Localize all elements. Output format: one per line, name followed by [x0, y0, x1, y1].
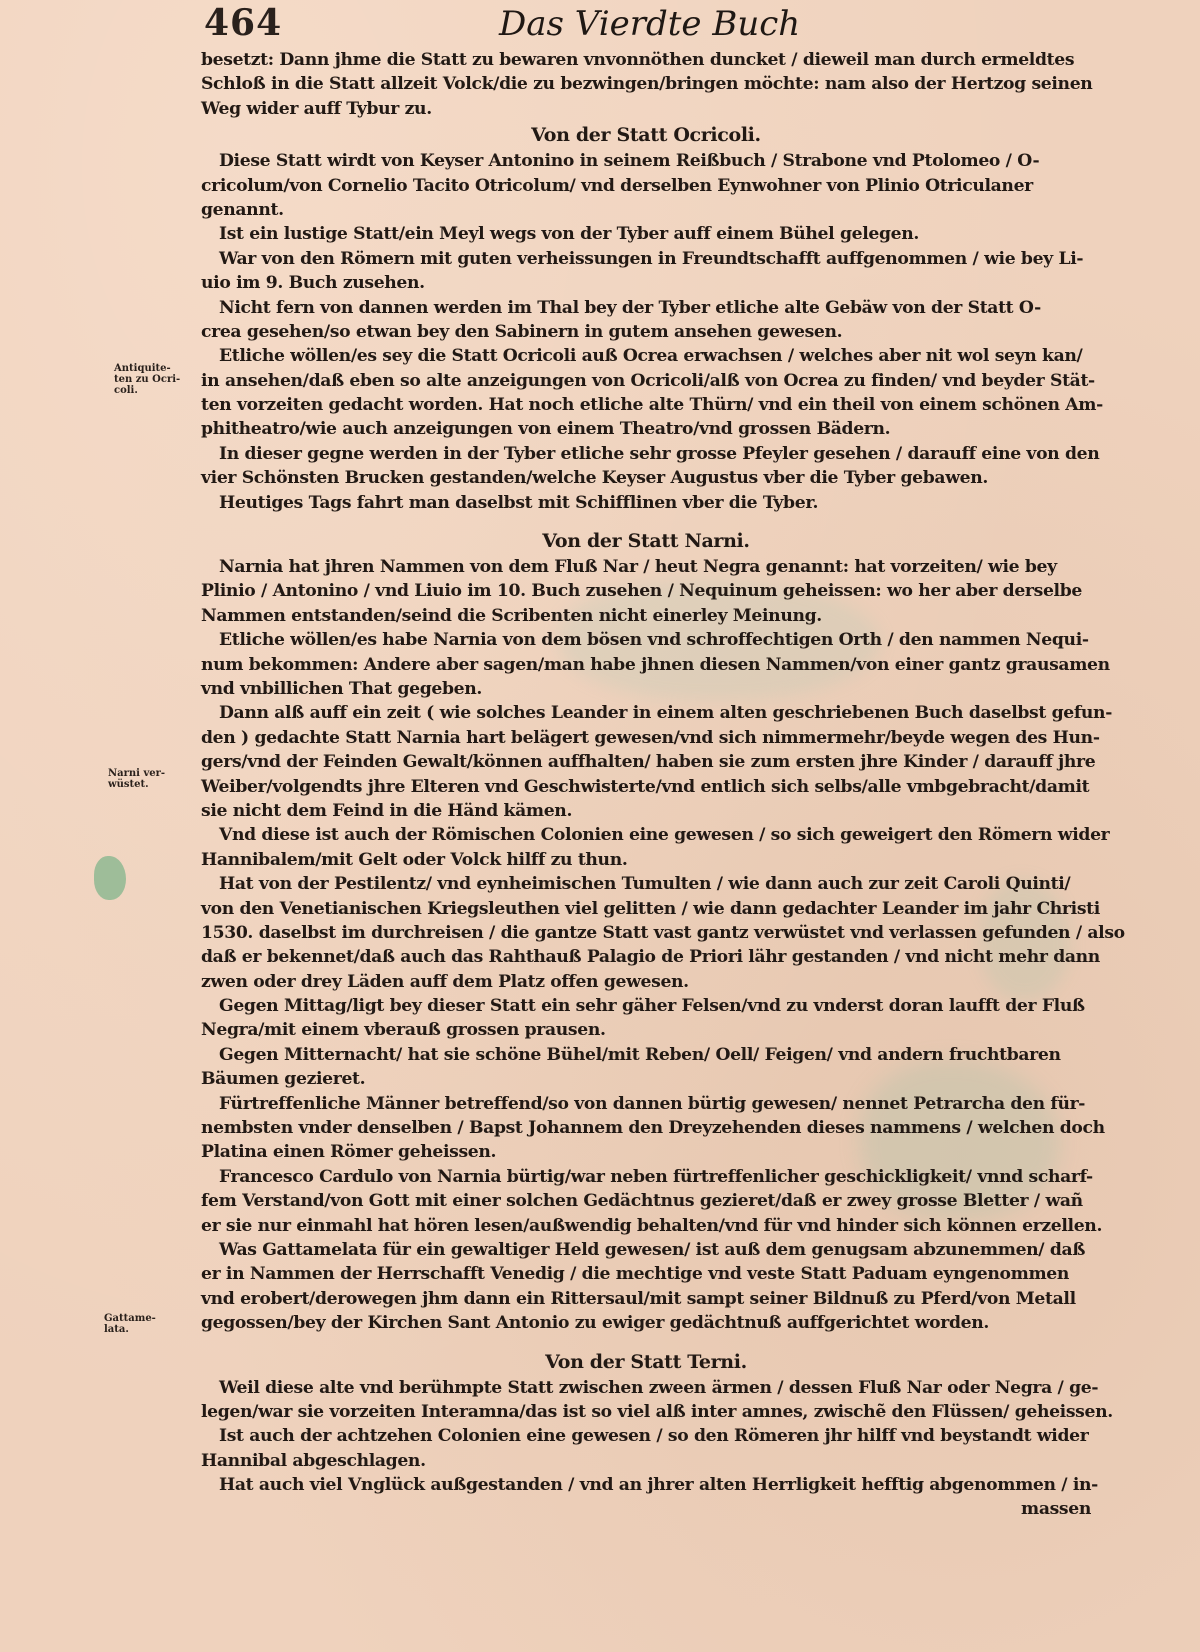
section-heading-terni: Von der Statt Terni. — [201, 1348, 1091, 1376]
text-line: sie nicht dem Feind in die Händ kämen. — [201, 799, 1091, 823]
text-line: Fürtreffenliche Männer betreffend/so von… — [201, 1092, 1091, 1116]
text-line: Hannibalem/mit Gelt oder Volck hilff zu … — [201, 848, 1091, 872]
text-line: Bäumen gezieret. — [201, 1067, 1091, 1091]
text-line: Diese Statt wirdt von Keyser Antonino in… — [201, 149, 1091, 173]
text-line: zwen oder drey Läden auff dem Platz offe… — [201, 970, 1091, 994]
text-line: num bekommen: Andere aber sagen/man habe… — [201, 653, 1091, 677]
margin-note-narni: Narni ver- wüstet. — [108, 768, 180, 790]
running-title: Das Vierdte Buch — [499, 4, 800, 44]
text-line: Hat auch viel Vnglück außgestanden / vnd… — [201, 1473, 1091, 1497]
text-line: Ist auch der achtzehen Colonien eine gew… — [201, 1424, 1091, 1448]
body-text: besetzt: Dann jhme die Statt zu bewaren … — [201, 48, 1091, 1522]
green-ink-stain — [94, 856, 126, 900]
text-line: In dieser gegne werden in der Tyber etli… — [201, 442, 1091, 466]
margin-note-line: Gattame- — [104, 1313, 176, 1324]
text-line: Weg wider auff Tybur zu. — [201, 97, 1091, 121]
text-line: Ist ein lustige Statt/ein Meyl wegs von … — [201, 222, 1091, 246]
text-line: daß er bekennet/daß auch das Rahthauß Pa… — [201, 945, 1091, 969]
margin-note-gattamelata: Gattame- lata. — [104, 1313, 176, 1335]
text-line: er in Nammen der Herrschafft Venedig / d… — [201, 1262, 1091, 1286]
text-line: nembsten vnder denselben / Bapst Johanne… — [201, 1116, 1091, 1140]
text-line: vnd erobert/derowegen jhm dann ein Ritte… — [201, 1287, 1091, 1311]
text-line: Etliche wöllen/es habe Narnia von dem bö… — [201, 628, 1091, 652]
text-line: cricolum/von Cornelio Tacito Otricolum/ … — [201, 174, 1091, 198]
text-line: besetzt: Dann jhme die Statt zu bewaren … — [201, 48, 1091, 72]
margin-note-line: Narni ver- — [108, 768, 180, 779]
text-line: in ansehen/daß eben so alte anzeigungen … — [201, 369, 1091, 393]
text-line: Plinio / Antonino / vnd Liuio im 10. Buc… — [201, 579, 1091, 603]
text-line: Negra/mit einem vberauß grossen prausen. — [201, 1018, 1091, 1042]
text-line: gers/vnd der Feinden Gewalt/können auffh… — [201, 750, 1091, 774]
text-line: Was Gattamelata für ein gewaltiger Held … — [201, 1238, 1091, 1262]
text-line: fem Verstand/von Gott mit einer solchen … — [201, 1189, 1091, 1213]
text-line: Hannibal abgeschlagen. — [201, 1449, 1091, 1473]
margin-note-line: ten zu Ocri- — [114, 374, 186, 385]
text-line: Gegen Mittag/ligt bey dieser Statt ein s… — [201, 994, 1091, 1018]
book-page: 464 Das Vierdte Buch Antiquite- ten zu O… — [0, 0, 1200, 1652]
text-line: legen/war sie vorzeiten Interamna/das is… — [201, 1400, 1091, 1424]
text-line: vnd vnbillichen That gegeben. — [201, 677, 1091, 701]
text-line: Hat von der Pestilentz/ vnd eynheimische… — [201, 872, 1091, 896]
text-line: Narnia hat jhren Nammen von dem Fluß Nar… — [201, 555, 1091, 579]
text-line: Vnd diese ist auch der Römischen Colonie… — [201, 823, 1091, 847]
text-line: vier Schönsten Brucken gestanden/welche … — [201, 466, 1091, 490]
text-line: Platina einen Römer geheissen. — [201, 1140, 1091, 1164]
text-line: 1530. daselbst im durchreisen / die gant… — [201, 921, 1091, 945]
text-line: Weil diese alte vnd berühmpte Statt zwis… — [201, 1376, 1091, 1400]
text-line: uio im 9. Buch zusehen. — [201, 271, 1091, 295]
text-line: Weiber/volgendts jhre Elteren vnd Geschw… — [201, 775, 1091, 799]
text-line: phitheatro/wie auch anzeigungen von eine… — [201, 417, 1091, 441]
text-line: War von den Römern mit guten verheissung… — [201, 247, 1091, 271]
page-number: 464 — [204, 2, 282, 44]
text-line: von den Venetianischen Kriegsleuthen vie… — [201, 897, 1091, 921]
text-line: Dann alß auff ein zeit ( wie solches Lea… — [201, 701, 1091, 725]
catchword: massen — [201, 1497, 1091, 1521]
text-line: Schloß in die Statt allzeit Volck/die zu… — [201, 72, 1091, 96]
section-heading-narni: Von der Statt Narni. — [201, 527, 1091, 555]
text-line: Gegen Mitternacht/ hat sie schöne Bühel/… — [201, 1043, 1091, 1067]
text-line: den ) gedachte Statt Narnia hart beläger… — [201, 726, 1091, 750]
text-line: Etliche wöllen/es sey die Statt Ocricoli… — [201, 344, 1091, 368]
page-header: 464 Das Vierdte Buch — [204, 2, 1064, 48]
text-line: gegossen/bey der Kirchen Sant Antonio zu… — [201, 1311, 1091, 1335]
text-line: Heutiges Tags fahrt man daselbst mit Sch… — [201, 491, 1091, 515]
text-line: crea gesehen/so etwan bey den Sabinern i… — [201, 320, 1091, 344]
section-heading-ocricoli: Von der Statt Ocricoli. — [201, 121, 1091, 149]
margin-note-line: Antiquite- — [114, 363, 186, 374]
text-line: genannt. — [201, 198, 1091, 222]
margin-note-line: wüstet. — [108, 779, 180, 790]
text-line: ten vorzeiten gedacht worden. Hat noch e… — [201, 393, 1091, 417]
margin-note-antiquiteten: Antiquite- ten zu Ocri- coli. — [114, 363, 186, 396]
text-line: Nammen entstanden/seind die Scribenten n… — [201, 604, 1091, 628]
margin-note-line: coli. — [114, 385, 186, 396]
text-line: Francesco Cardulo von Narnia bürtig/war … — [201, 1165, 1091, 1189]
margin-note-line: lata. — [104, 1324, 176, 1335]
text-line: er sie nur einmahl hat hören lesen/außwe… — [201, 1214, 1091, 1238]
text-line: Nicht fern von dannen werden im Thal bey… — [201, 296, 1091, 320]
